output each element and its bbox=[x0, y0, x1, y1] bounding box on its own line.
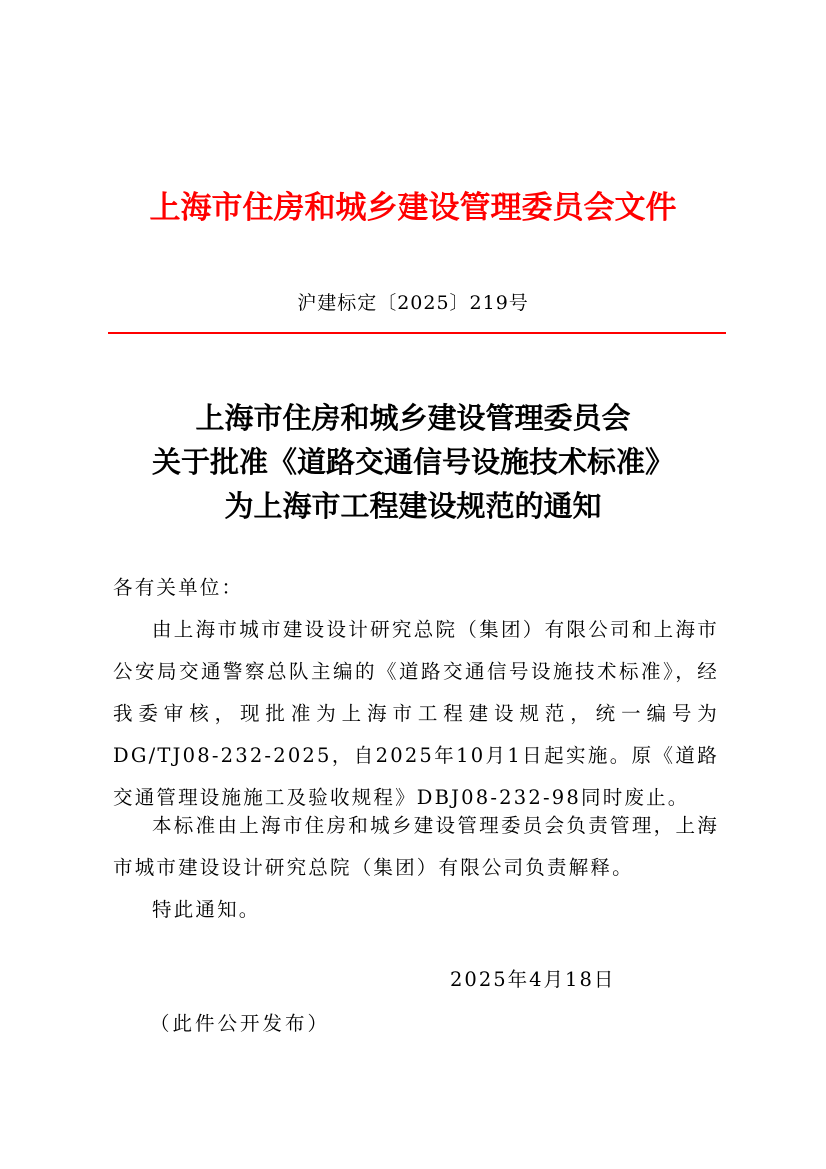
document-title: 上海市住房和城乡建设管理委员会 关于批准《道路交通信号设施技术标准》 为上海市工… bbox=[0, 396, 826, 528]
document-number: 沪建标定〔2025〕219号 bbox=[0, 290, 826, 316]
document-masthead: 上海市住房和城乡建设管理委员会文件 bbox=[0, 188, 826, 228]
title-line-3: 为上海市工程建设规范的通知 bbox=[0, 484, 826, 528]
title-line-2: 关于批准《道路交通信号设施技术标准》 bbox=[0, 440, 826, 484]
publication-note: （此件公开发布） bbox=[150, 1010, 330, 1038]
paragraph-text: 由上海市城市建设设计研究总院（集团）有限公司和上海市公安局交通警察总队主编的《道… bbox=[113, 609, 719, 819]
body-paragraph-1: 由上海市城市建设设计研究总院（集团）有限公司和上海市公安局交通警察总队主编的《道… bbox=[113, 609, 719, 819]
salutation: 各有关单位： bbox=[113, 567, 719, 609]
paragraph-text: 本标准由上海市住房和城乡建设管理委员会负责管理，上海市城市建设设计研究总院（集团… bbox=[113, 805, 719, 889]
red-divider-line bbox=[108, 332, 726, 334]
body-paragraph-2: 本标准由上海市住房和城乡建设管理委员会负责管理，上海市城市建设设计研究总院（集团… bbox=[113, 805, 719, 889]
issue-date: 2025年4月18日 bbox=[450, 966, 615, 994]
body-paragraph-3: 特此通知。 bbox=[113, 889, 719, 931]
title-line-1: 上海市住房和城乡建设管理委员会 bbox=[0, 396, 826, 440]
paragraph-text: 特此通知。 bbox=[113, 889, 719, 931]
